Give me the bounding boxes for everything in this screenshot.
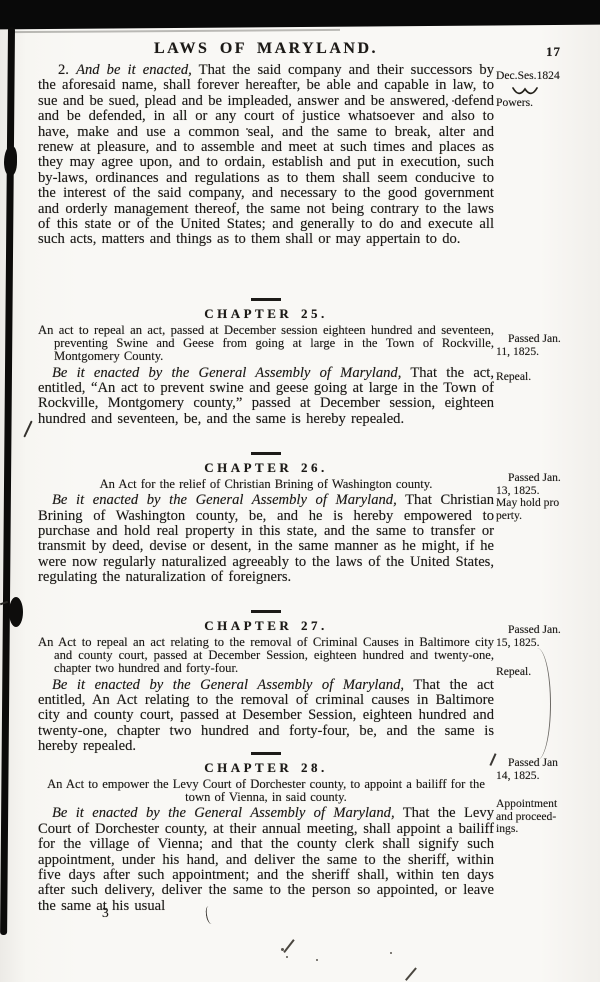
margin-passed-line: Passed Jan. xyxy=(496,472,598,485)
opening-paragraph: 2. And be it enacted, That the said comp… xyxy=(38,63,494,248)
chapter-summary: An act to repeal an act, passed at Decem… xyxy=(38,324,494,364)
ink-blob xyxy=(4,146,17,176)
margin-note-line: May hold pro xyxy=(496,497,598,510)
margin-passed-line: 14, 1825. xyxy=(496,770,598,783)
margin-note-line: ings. xyxy=(496,823,598,836)
scan-speck xyxy=(316,959,318,961)
margin-note-passed: Passed Jan 14, 1825. xyxy=(496,757,598,782)
pen-mark xyxy=(283,939,294,953)
margin-note-subject: May hold pro perty. xyxy=(496,497,598,522)
scanned-page: LAWS OF MARYLAND. 17 2. And be it enacte… xyxy=(0,0,600,982)
margin-note-line: perty. xyxy=(496,510,598,523)
chapter-summary: An Act to empower the Levy Court of Dorc… xyxy=(38,778,494,804)
margin-note-line: Appointment xyxy=(496,798,598,811)
pen-mark xyxy=(405,967,417,980)
chapter-heading: CHAPTER 25. xyxy=(38,306,494,321)
chapter-body: Be it enacted by the General Assembly of… xyxy=(38,678,494,755)
scan-speck xyxy=(390,952,392,954)
margin-passed-line: Passed Jan. xyxy=(496,624,598,637)
scan-edge-top xyxy=(0,0,600,29)
margin-passed-line: 15, 1825. xyxy=(496,637,598,650)
chapter-27-section: CHAPTER 27. An Act to repeal an act rela… xyxy=(38,610,494,755)
chapter-heading: CHAPTER 27. xyxy=(38,618,494,633)
pen-mark xyxy=(23,420,32,437)
section-divider-rule xyxy=(251,298,281,301)
pen-mark-curve xyxy=(528,648,551,760)
section-divider-rule xyxy=(251,610,281,613)
chapter-body-text: That the Levy Court of Dorchester county… xyxy=(38,805,494,913)
margin-note-line: Repeal. xyxy=(496,371,598,384)
scan-smudge xyxy=(10,29,340,33)
ink-blob xyxy=(9,597,23,627)
page-header-title: LAWS OF MARYLAND. xyxy=(38,40,494,58)
scan-speck xyxy=(286,956,288,958)
margin-note-passed: Passed Jan. 13, 1825. xyxy=(496,472,598,497)
margin-passed-line: Passed Jan. xyxy=(496,333,598,346)
signature-mark: 3 xyxy=(102,905,109,921)
section-divider-rule xyxy=(251,752,281,755)
paragraph-text: That the said company and their successo… xyxy=(38,62,494,247)
margin-note-session: Dec.Ses.1824 Powers. xyxy=(496,70,598,109)
margin-note-line: Repeal. xyxy=(496,666,598,679)
enacting-clause: Be it enacted by the General Assembly of… xyxy=(52,677,404,693)
section-divider-rule xyxy=(251,452,281,455)
enacting-clause: Be it enacted by the General Assembly of… xyxy=(52,805,395,821)
chapter-body: Be it enacted by the General Assembly of… xyxy=(38,493,494,585)
enacting-clause: Be it enacted by the General Assembly of… xyxy=(52,492,397,508)
chapter-heading: CHAPTER 28. xyxy=(38,760,494,775)
chapter-26-section: CHAPTER 26. An Act for the relief of Chr… xyxy=(38,452,494,586)
chapter-heading: CHAPTER 26. xyxy=(38,460,494,475)
chapter-body: Be it enacted by the General Assembly of… xyxy=(38,366,494,428)
chapter-25-section: CHAPTER 25. An act to repeal an act, pas… xyxy=(38,298,494,427)
enacting-clause: Be it enacted by the General Assembly of… xyxy=(52,365,401,381)
margin-note-passed: Passed Jan. 11, 1825. xyxy=(496,333,598,358)
margin-session-label: Dec.Ses.1824 xyxy=(496,70,598,83)
margin-note-subject: Appointment and proceed- ings. xyxy=(496,798,598,836)
margin-note-passed: Passed Jan. 15, 1825. xyxy=(496,624,598,649)
chapter-summary: An Act to repeal an act relating to the … xyxy=(38,636,494,676)
margin-note-subject: Repeal. xyxy=(496,666,598,679)
chapter-body: Be it enacted by the General Assembly of… xyxy=(38,806,494,914)
chapter-28-section: CHAPTER 28. An Act to empower the Levy C… xyxy=(38,752,494,914)
scan-speck xyxy=(281,948,284,951)
enacting-clause: And be it enacted, xyxy=(76,62,192,78)
margin-passed-line: 11, 1825. xyxy=(496,346,598,359)
margin-brace-icon xyxy=(512,85,598,95)
margin-note-text: Powers. xyxy=(496,97,598,110)
page-number: 17 xyxy=(546,44,561,60)
margin-note-subject: Repeal. xyxy=(496,371,598,384)
chapter-summary: An Act for the relief of Christian Brini… xyxy=(38,478,494,491)
section-number: 2. xyxy=(58,62,69,78)
margin-passed-line: Passed Jan xyxy=(496,757,598,770)
